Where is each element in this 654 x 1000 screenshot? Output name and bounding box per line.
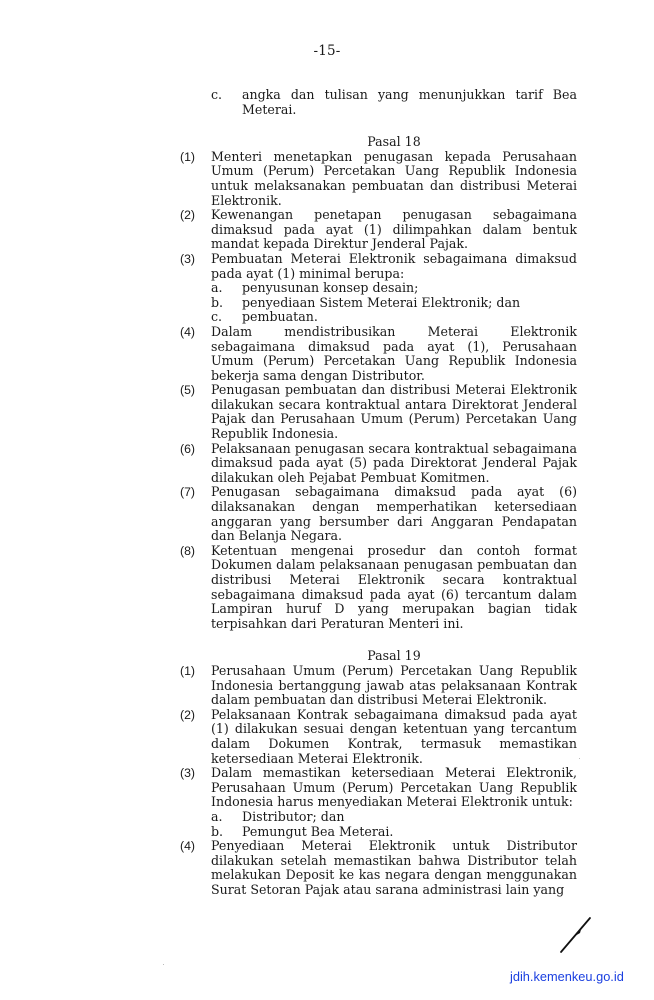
scan-speck: [579, 758, 580, 759]
clause-body: Menteri menetapkan penugasan kepada Peru…: [211, 150, 577, 208]
sub-item-letter: b.: [211, 296, 242, 311]
clause-text: Pelaksanaan Kontrak sebagaimana dimaksud…: [211, 708, 577, 766]
clause-number: (6): [180, 442, 211, 486]
sub-item-letter: c.: [211, 310, 242, 325]
sub-item-text: penyusunan konsep desain;: [242, 281, 577, 296]
clause-number: (2): [180, 208, 211, 252]
article-title: Pasal 18: [211, 135, 577, 150]
clause: (6)Pelaksanaan penugasan secara kontrakt…: [180, 442, 577, 486]
sub-item-letter: a.: [211, 810, 242, 825]
clause: (7)Penugasan sebagaimana dimaksud pada a…: [180, 485, 577, 543]
clause: (4)Dalam mendistribusikan Meterai Elektr…: [180, 325, 577, 383]
clause-text: Penyediaan Meterai Elektronik untuk Dist…: [211, 839, 577, 897]
page-number: -15-: [0, 43, 654, 59]
list-item: c. angka dan tulisan yang menunjukkan ta…: [211, 88, 577, 117]
clause: (1)Menteri menetapkan penugasan kepada P…: [180, 150, 577, 208]
clause-number: (2): [180, 708, 211, 766]
sub-item-text: Pemungut Bea Meterai.: [242, 825, 577, 840]
clause-body: Penyediaan Meterai Elektronik untuk Dist…: [211, 839, 577, 897]
document-page: -15- c. angka dan tulisan yang menunjukk…: [0, 0, 654, 1000]
sub-item: a.Distributor; dan: [211, 810, 577, 825]
sub-item: b.Pemungut Bea Meterai.: [211, 825, 577, 840]
clause-body: Pembuatan Meterai Elektronik sebagaimana…: [211, 252, 577, 325]
clause-body: Perusahaan Umum (Perum) Percetakan Uang …: [211, 664, 577, 708]
clause-text: Pelaksanaan penugasan secara kontraktual…: [211, 442, 577, 486]
clause: (8)Ketentuan mengenai prosedur dan conto…: [180, 544, 577, 632]
clause-number: (4): [180, 839, 211, 897]
sub-item-text: Distributor; dan: [242, 810, 577, 825]
clause-body: Penugasan pembuatan dan distribusi Meter…: [211, 383, 577, 441]
clause: (4)Penyediaan Meterai Elektronik untuk D…: [180, 839, 577, 897]
clause-number: (3): [180, 766, 211, 839]
item-letter: c.: [211, 88, 242, 117]
sub-item: b.penyediaan Sistem Meterai Elektronik; …: [211, 296, 577, 311]
item-text: angka dan tulisan yang menunjukkan tarif…: [242, 88, 577, 117]
signature-initial-icon: [555, 912, 595, 958]
clause: (2)Pelaksanaan Kontrak sebagaimana dimak…: [180, 708, 577, 766]
clause-text: Dalam mendistribusikan Meterai Elektroni…: [211, 325, 577, 383]
sub-item-letter: a.: [211, 281, 242, 296]
articles: Pasal 18(1)Menteri menetapkan penugasan …: [180, 135, 577, 897]
sub-item-text: pembuatan.: [242, 310, 577, 325]
clause-text: Pembuatan Meterai Elektronik sebagaimana…: [211, 252, 577, 281]
clause: (2)Kewenangan penetapan penugasan sebaga…: [180, 208, 577, 252]
source-watermark: jdih.kemenkeu.go.id: [510, 969, 624, 984]
clause-body: Penugasan sebagaimana dimaksud pada ayat…: [211, 485, 577, 543]
scan-speck: [163, 964, 164, 965]
sub-item: a.penyusunan konsep desain;: [211, 281, 577, 296]
clause-body: Dalam memastikan ketersediaan Meterai El…: [211, 766, 577, 839]
clause-body: Kewenangan penetapan penugasan sebagaima…: [211, 208, 577, 252]
page-content: c. angka dan tulisan yang menunjukkan ta…: [180, 88, 577, 897]
clause-number: (1): [180, 150, 211, 208]
article-title: Pasal 19: [211, 649, 577, 664]
clause-text: Dalam memastikan ketersediaan Meterai El…: [211, 766, 577, 810]
clause: (3)Dalam memastikan ketersediaan Meterai…: [180, 766, 577, 839]
clause-number: (5): [180, 383, 211, 441]
clause: (1)Perusahaan Umum (Perum) Percetakan Ua…: [180, 664, 577, 708]
clause-number: (4): [180, 325, 211, 383]
sub-item-letter: b.: [211, 825, 242, 840]
clause-body: Ketentuan mengenai prosedur dan contoh f…: [211, 544, 577, 632]
clause-body: Dalam mendistribusikan Meterai Elektroni…: [211, 325, 577, 383]
clause-number: (3): [180, 252, 211, 325]
clause-text: Menteri menetapkan penugasan kepada Peru…: [211, 150, 577, 208]
clause-text: Kewenangan penetapan penugasan sebagaima…: [211, 208, 577, 252]
clause-text: Ketentuan mengenai prosedur dan contoh f…: [211, 544, 577, 632]
clause-number: (1): [180, 664, 211, 708]
sub-item-text: penyediaan Sistem Meterai Elektronik; da…: [242, 296, 577, 311]
clause-body: Pelaksanaan Kontrak sebagaimana dimaksud…: [211, 708, 577, 766]
clause-number: (8): [180, 544, 211, 632]
clause-text: Penugasan pembuatan dan distribusi Meter…: [211, 383, 577, 441]
clause-text: Penugasan sebagaimana dimaksud pada ayat…: [211, 485, 577, 543]
clause-number: (7): [180, 485, 211, 543]
clause: (5)Penugasan pembuatan dan distribusi Me…: [180, 383, 577, 441]
sub-item: c.pembuatan.: [211, 310, 577, 325]
clause-body: Pelaksanaan penugasan secara kontraktual…: [211, 442, 577, 486]
clause: (3)Pembuatan Meterai Elektronik sebagaim…: [180, 252, 577, 325]
clause-text: Perusahaan Umum (Perum) Percetakan Uang …: [211, 664, 577, 708]
